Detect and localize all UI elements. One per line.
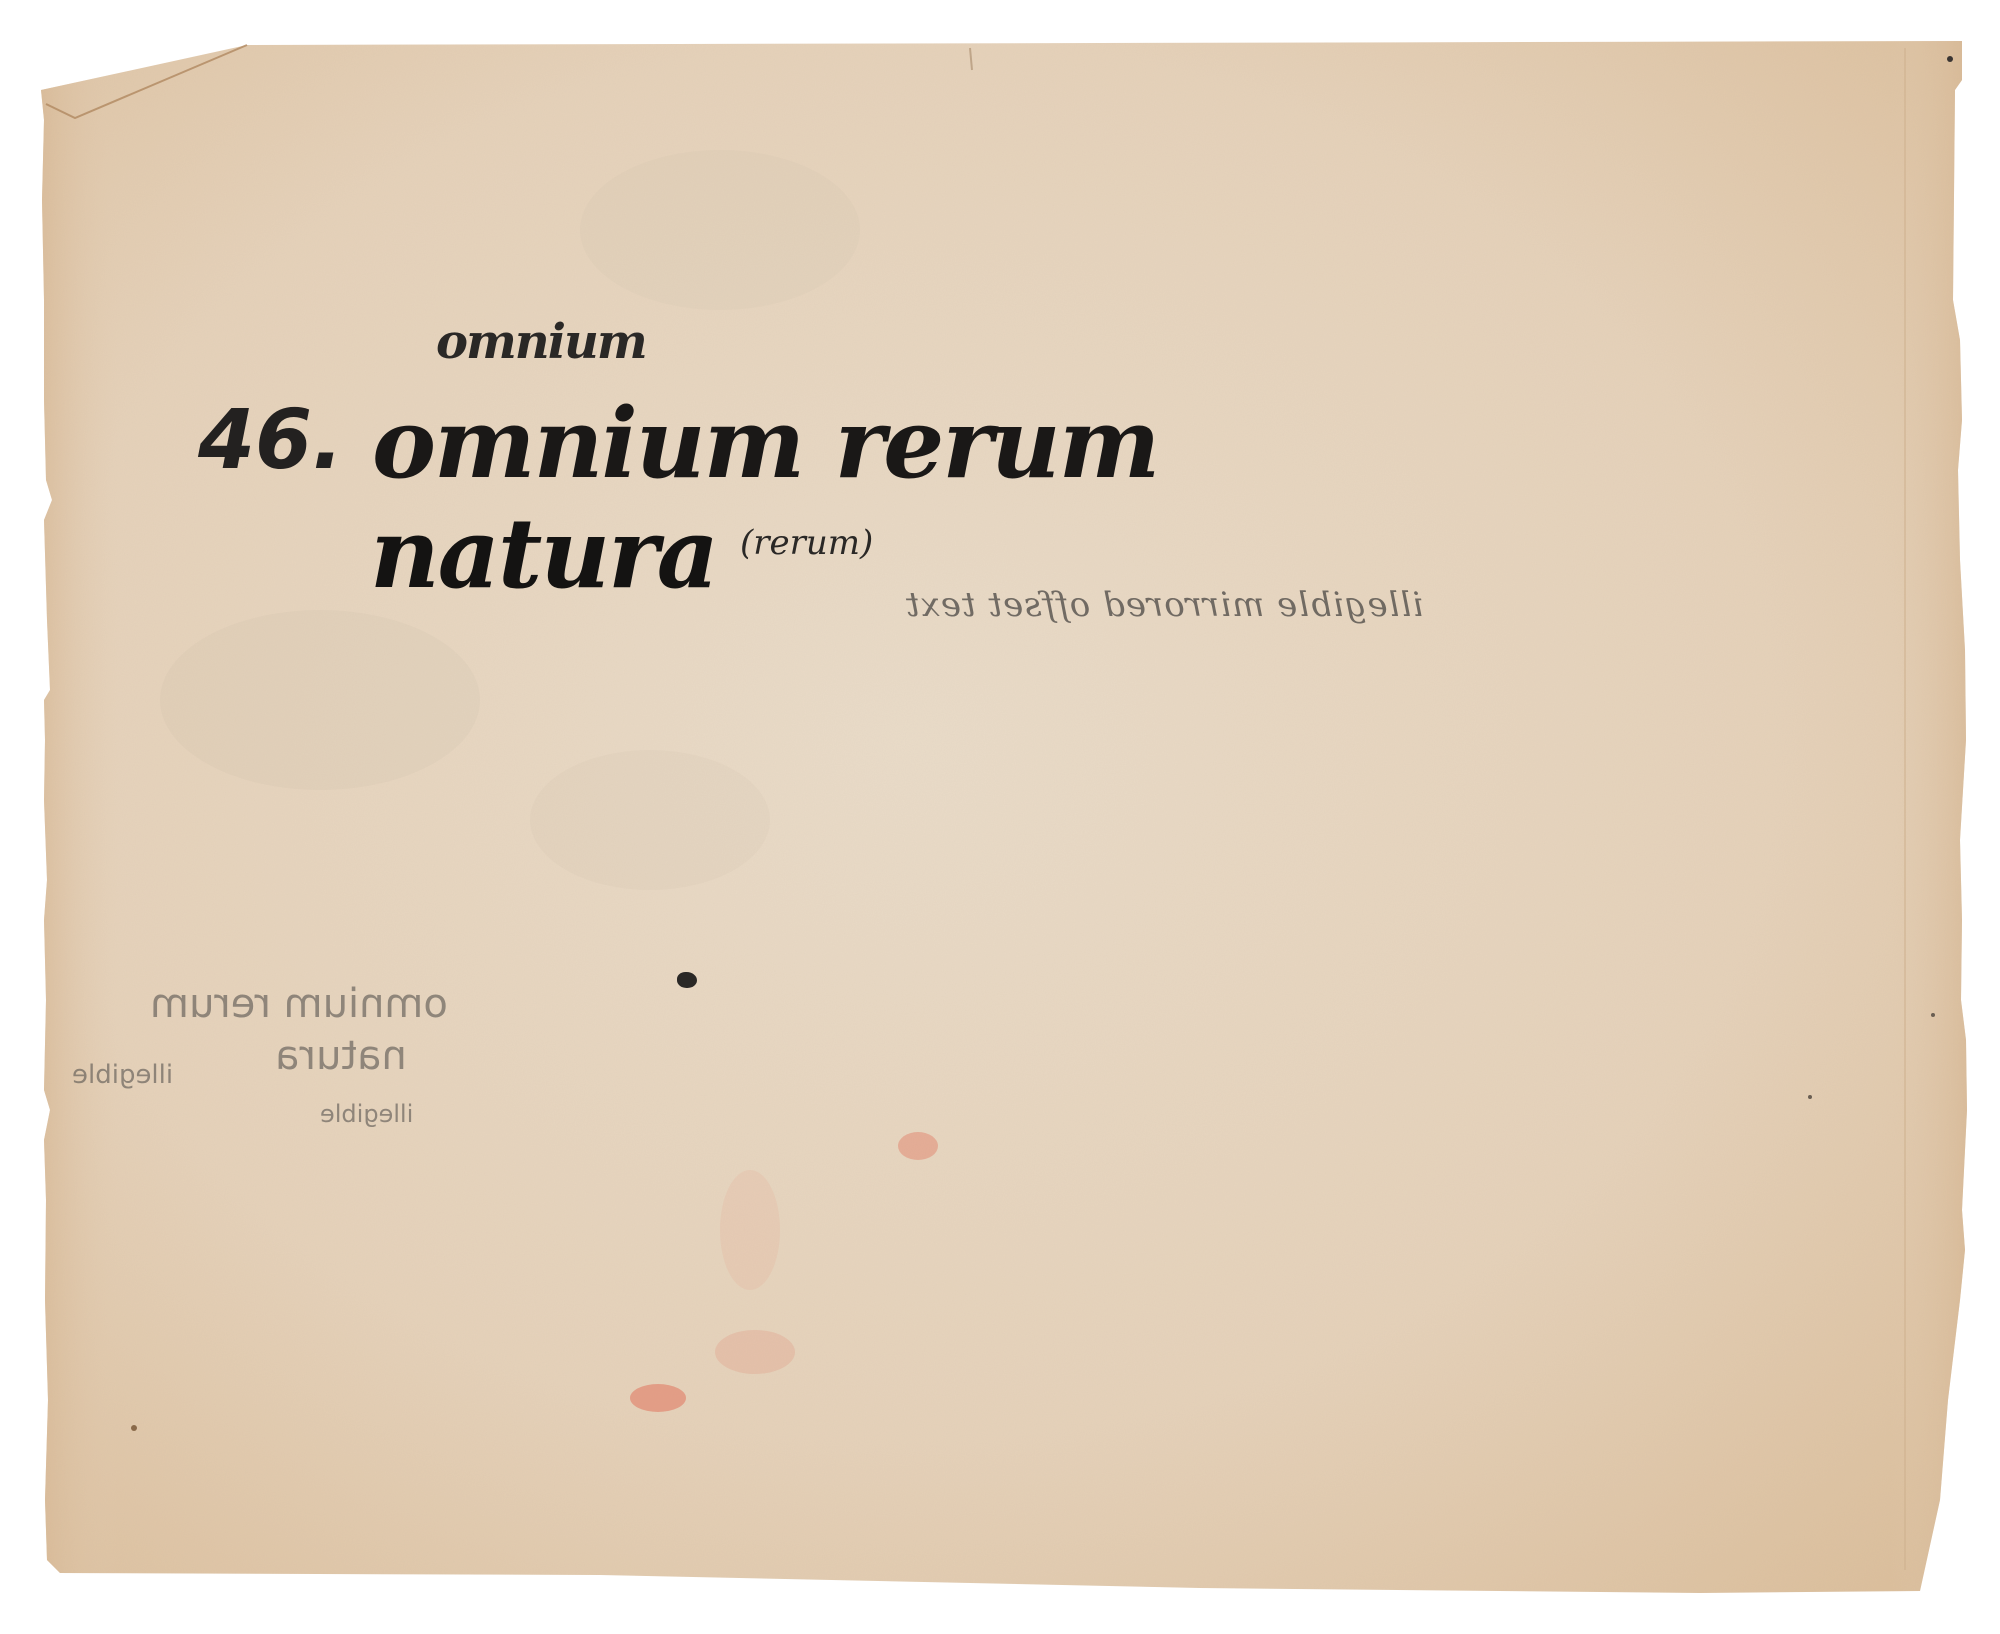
paper-background	[0, 0, 2000, 1634]
mirrored-offset-ink-line: illegible mirrored offset text	[905, 588, 1423, 622]
manuscript-sheet: 46. omnium omnium rerum natura (rerum) i…	[0, 0, 2000, 1634]
heading-line-1: omnium rerum	[372, 396, 1158, 492]
mirrored-pencil-line-4: illegible	[320, 1102, 413, 1126]
mirrored-pencil-line-2: natura	[275, 1036, 407, 1076]
mirrored-pencil-line-1: omnium rerum	[150, 984, 448, 1024]
mirrored-pencil-line-3: illegible	[72, 1062, 173, 1088]
ink-blot	[677, 972, 697, 988]
correction-above-text: omnium	[436, 318, 646, 366]
entry-number: 46.	[198, 400, 343, 482]
heading-line-2: natura	[370, 506, 717, 602]
correction-annotation: (rerum)	[740, 526, 873, 560]
